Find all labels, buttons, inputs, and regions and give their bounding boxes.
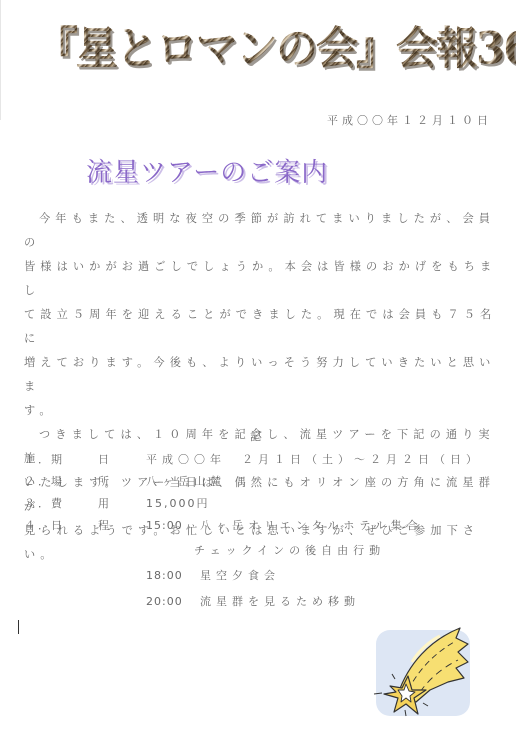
item-key-char: 程 [98, 516, 109, 536]
item-value: 八ヶ岳山麓 [146, 472, 226, 492]
schedule-description: 星空夕食会 [200, 566, 280, 586]
item-key-char: 用 [98, 494, 109, 514]
schedule-description: チェックインの後自由行動 [194, 541, 385, 561]
schedule-row: チェックインの後自由行動 [24, 541, 504, 561]
item-number: ４． [24, 516, 52, 536]
item-number: ２． [24, 472, 52, 492]
item-key-char: 費 [51, 494, 62, 514]
schedule-time: 15:00 [146, 516, 183, 536]
paragraph-line: 増えております。今後も、よりいっそう努力していきたいと思いま [24, 351, 504, 399]
detail-item-schedule: ４． 日 程 15:00 八ヶ岳オリエンタルホテル集合 [24, 516, 504, 536]
page-edge-line [0, 0, 1, 120]
schedule-time: 18:00 [146, 566, 183, 586]
schedule-row: 20:00 流星群を見るため移動 [24, 592, 504, 612]
body-text: 今年もまた、透明な夜空の季節が訪れてまいりましたが、会員の 皆様はいかがお過ごし… [24, 207, 504, 567]
paragraph-line: て設立５周年を迎えることができました。現在では会員も７５名に [24, 303, 504, 351]
item-value: 平成〇〇年 ２月１日（土）～２月２日（日） [146, 450, 482, 470]
item-key-char: 場 [51, 472, 62, 492]
paragraph-line: いたします。ツアー当日は、偶然にもオリオン座の方角に流星群が [24, 471, 504, 519]
shooting-star-clipart [368, 624, 472, 720]
schedule-time: 20:00 [146, 592, 183, 612]
ki-heading: 記 [250, 428, 261, 444]
item-number: ３． [24, 494, 52, 514]
shooting-star-icon [368, 624, 472, 720]
item-key-char: 日 [98, 450, 109, 470]
item-key-char: 期 [51, 450, 62, 470]
text-cursor[interactable] [18, 620, 19, 634]
item-value: 15,000円 [146, 494, 210, 514]
item-number: １． [24, 450, 52, 470]
paragraph-line: す。 [24, 399, 504, 423]
newsletter-title: 『星とロマンの会』会報36号 [36, 23, 516, 76]
paragraph-line: 皆様はいかがお過ごしでしょうか。本会は皆様のおかげをもちまし [24, 255, 504, 303]
schedule-row: 18:00 星空夕食会 [24, 566, 504, 586]
schedule-description: 流星群を見るため移動 [200, 592, 360, 612]
item-key-char: 所 [98, 472, 109, 492]
item-key-char: 日 [51, 516, 62, 536]
document-page[interactable]: 『星とロマンの会』会報36号 平成〇〇年１２月１０日 流星ツアーのご案内 今年も… [0, 0, 516, 736]
tour-announcement-heading: 流星ツアーのご案内 [86, 152, 328, 189]
issue-date: 平成〇〇年１２月１０日 [327, 112, 492, 128]
paragraph-line: 今年もまた、透明な夜空の季節が訪れてまいりましたが、会員の [24, 207, 504, 255]
schedule-description: 八ヶ岳オリエンタルホテル集合 [200, 516, 423, 536]
